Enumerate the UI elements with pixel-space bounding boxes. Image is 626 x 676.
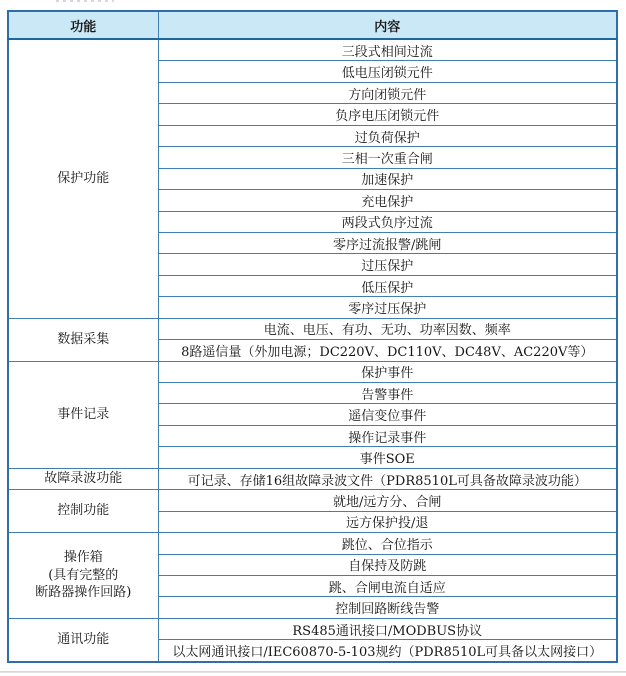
content-cell: 低电压闭锁元件 [158,61,617,82]
content-cell: 零序过压保护 [158,297,617,318]
content-cell: 操作记录事件 [158,425,617,446]
function-cell-data-acquisition: 数据采集 [8,318,158,361]
content-cell: 过负荷保护 [158,125,617,146]
content-cell: 自保持及防跳 [158,554,617,575]
content-cell: 跳位、合位指示 [158,533,617,554]
function-cell-fault-recording: 故障录波功能 [8,468,158,489]
content-cell: 三段式相间过流 [158,39,617,61]
content-cell: 负序电压闭锁元件 [158,104,617,125]
content-cell: 两段式负序过流 [158,211,617,232]
page-edge-line [0,671,626,673]
content-cell: RS485通讯接口/MODBUS协议 [158,618,617,639]
document-page: 功能 内容 保护功能 三段式相间过流 低电压闭锁元件 方向闭锁元件 负序电压闭锁… [0,0,626,676]
content-cell: 过压保护 [158,254,617,275]
content-cell: 远方保护投/退 [158,511,617,532]
spec-table: 功能 内容 保护功能 三段式相间过流 低电压闭锁元件 方向闭锁元件 负序电压闭锁… [7,10,618,663]
table-row: 事件记录 保护事件 [8,361,617,382]
function-cell-communication: 通讯功能 [8,618,158,662]
content-cell: 电流、电压、有功、无功、功率因数、频率 [158,318,617,339]
table-row: 故障录波功能 可记录、存储16组故障录波文件（PDR8510L可具备故障录波功能… [8,468,617,489]
function-cell-protection: 保护功能 [8,39,158,318]
content-cell: 可记录、存储16组故障录波文件（PDR8510L可具备故障录波功能） [158,468,617,489]
content-cell: 事件SOE [158,447,617,468]
function-cell-operation-box: 操作箱 (具有完整的 断路器操作回路) [8,533,158,619]
content-cell: 低压保护 [158,275,617,296]
col-header-function: 功能 [8,11,158,39]
table-row: 保护功能 三段式相间过流 [8,39,617,61]
function-cell-control: 控制功能 [8,490,158,533]
table-row: 数据采集 电流、电压、有功、无功、功率因数、频率 [8,318,617,339]
content-cell: 控制回路断线告警 [158,597,617,618]
content-cell: 充电保护 [158,190,617,211]
content-cell: 方向闭锁元件 [158,82,617,103]
table-row: 控制功能 就地/远方分、合闸 [8,490,617,511]
function-cell-event-record: 事件记录 [8,361,158,468]
table-row: 通讯功能 RS485通讯接口/MODBUS协议 [8,618,617,639]
content-cell: 跳、合闸电流自适应 [158,575,617,596]
table-row: 操作箱 (具有完整的 断路器操作回路) 跳位、合位指示 [8,533,617,554]
cropped-text-artifact [56,0,114,2]
content-cell: 以太网通讯接口/IEC60870-5-103规约（PDR8510L可具备以太网接… [158,640,617,662]
content-cell: 就地/远方分、合闸 [158,490,617,511]
content-cell: 加速保护 [158,168,617,189]
content-cell: 保护事件 [158,361,617,382]
content-cell: 8路遥信量（外加电源；DC220V、DC110V、DC48V、AC220V等） [158,340,617,361]
content-cell: 零序过流报警/跳闸 [158,232,617,253]
col-header-content: 内容 [158,11,617,39]
header-row: 功能 内容 [8,11,617,39]
content-cell: 三相一次重合闸 [158,147,617,168]
content-cell: 告警事件 [158,383,617,404]
content-cell: 遥信变位事件 [158,404,617,425]
